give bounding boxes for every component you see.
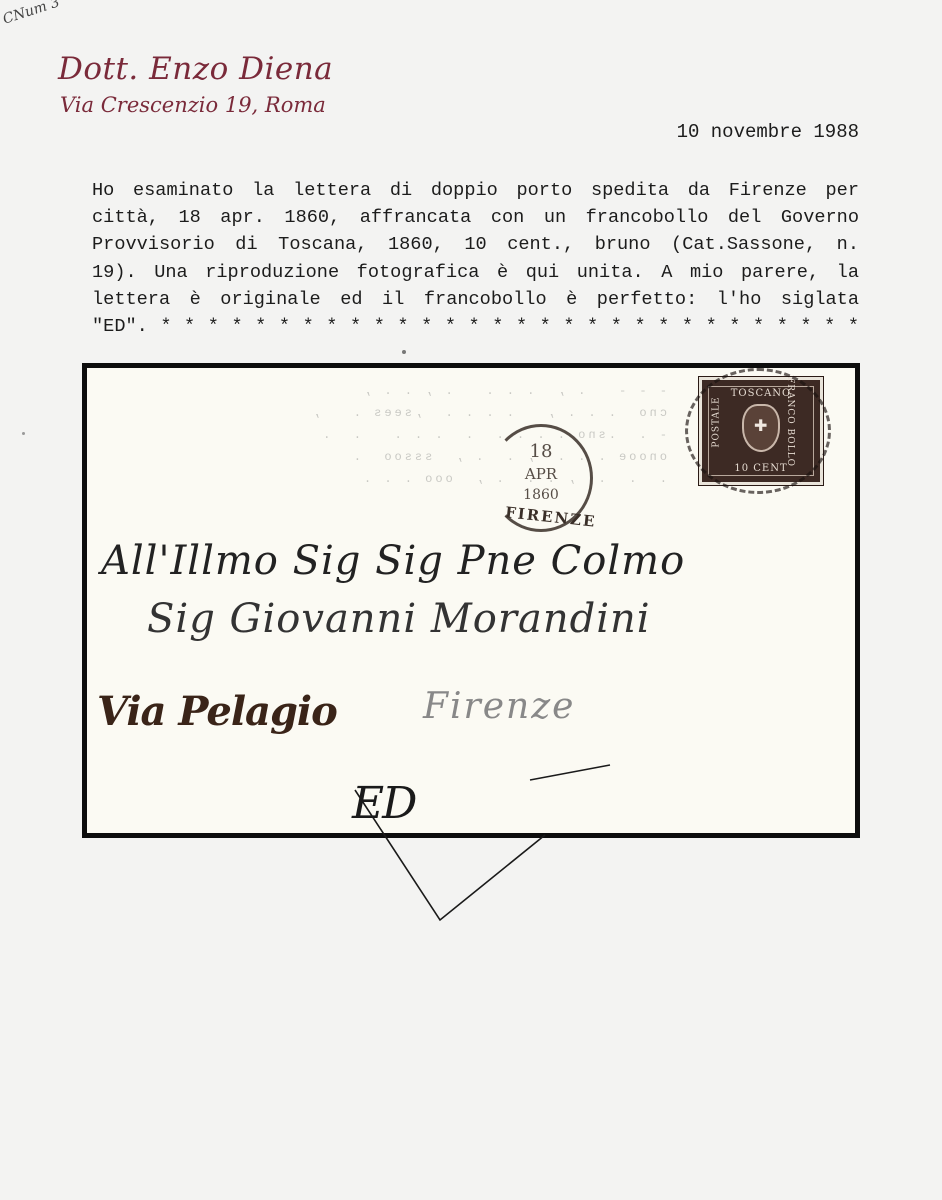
expert-signature: ED xyxy=(352,778,415,829)
body-line: Ho esaminato la lettera di doppio porto … xyxy=(92,177,859,204)
body-line: città, 18 apr. 1860, affrancata con un f… xyxy=(92,204,859,231)
body-line: lettera è originale ed il francobollo è … xyxy=(92,286,859,313)
body-line: 19). Una riproduzione fotografica è qui … xyxy=(92,259,859,286)
bleed-through-text: - - - . , . . . . , . . , cno . . . , . … xyxy=(237,380,667,490)
body-line: Provvisorio di Toscana, 1860, 10 cent., … xyxy=(92,231,859,258)
cover-photograph: - - - . , . . . . , . . , cno . . . , . … xyxy=(87,368,855,833)
address-line-1: All'Illmo Sig Sig Pne Colmo xyxy=(101,538,685,584)
letterhead: Dott. Enzo Diena Via Crescenzio 19, Roma xyxy=(58,48,333,120)
letterhead-name: Dott. Enzo Diena xyxy=(58,48,333,90)
certificate-date: 10 novembre 1988 xyxy=(677,121,859,143)
postmark-month: APR xyxy=(492,465,590,483)
letterhead-address: Via Crescenzio 19, Roma xyxy=(60,90,333,120)
body-line-signature-stars: "ED". * * * * * * * * * * * * * * * * * … xyxy=(92,313,859,340)
paper-speck xyxy=(402,350,406,354)
routing-note: Via Pelagio xyxy=(97,688,337,735)
stamp-cancellation xyxy=(685,368,831,494)
paper-speck xyxy=(22,432,25,435)
corner-handwritten-note: CNum 3 xyxy=(1,0,61,27)
destination-city: Firenze xyxy=(423,686,575,727)
address-line-2: Sig Giovanni Morandini xyxy=(147,596,651,642)
certificate-body: Ho esaminato la lettera di doppio porto … xyxy=(92,177,859,340)
postmark-year: 1860 xyxy=(492,487,590,503)
cover-photograph-frame: - - - . , . . . . , . . , cno . . . , . … xyxy=(82,363,860,838)
postmark-day: 18 xyxy=(492,441,590,462)
